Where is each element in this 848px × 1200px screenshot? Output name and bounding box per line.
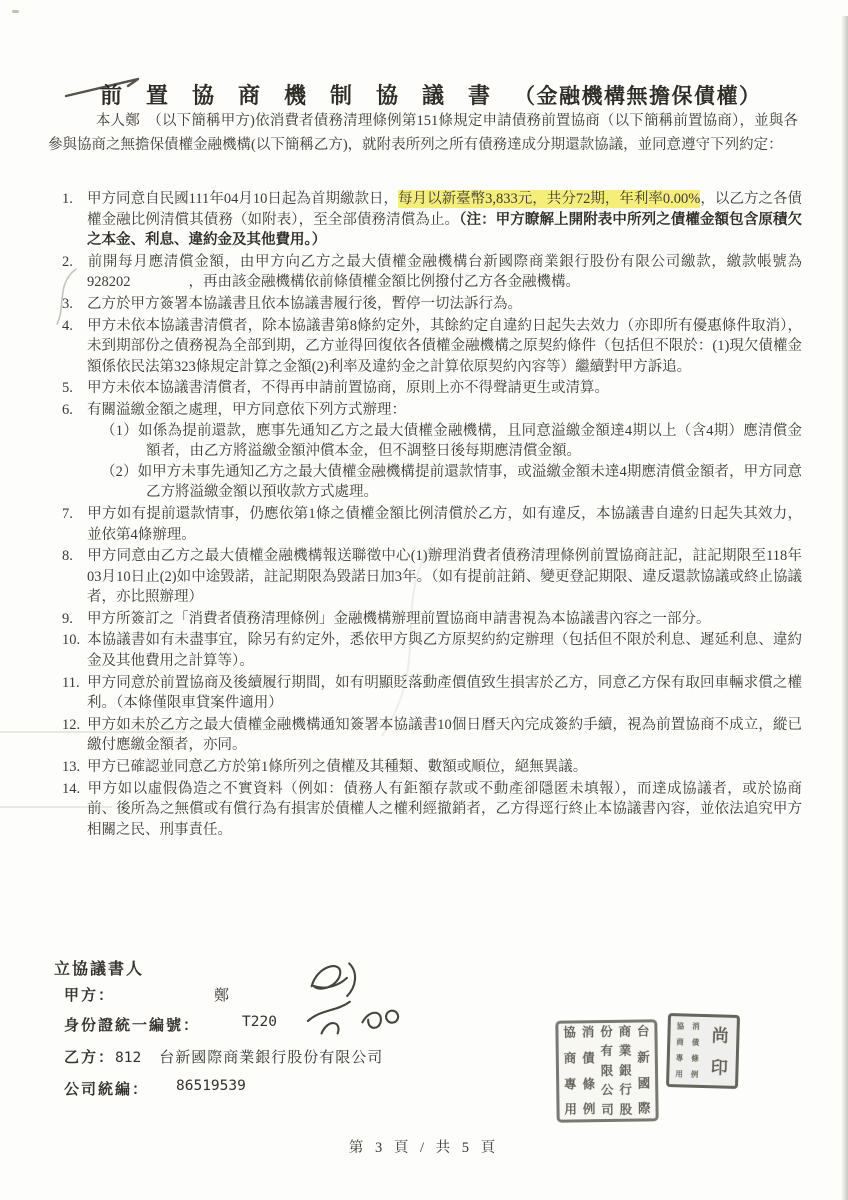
item-text: 甲方如以虛假偽造之不實資料（例如：債務人有鉅額存款或不動產卻隱匿未填報），而達成…: [87, 781, 802, 838]
scan-speck: [12, 10, 19, 13]
seal-column: 份有限公司: [597, 1026, 617, 1116]
text-segment: 有關溢繳金額之處理，甲方同意依下列方式辦理：: [87, 402, 406, 418]
text-segment: 甲方如未於乙方之最大債權金融機構通知簽署本協議書10個日曆天內完成簽約手續，視為…: [87, 717, 802, 754]
seal-column: 協商專用: [560, 1026, 580, 1116]
item-number: 3.: [62, 294, 87, 315]
agreement-subitem: （1）如係為提前還款，應事先通知乙方之最大債權金融機構，且同意溢繳金額達4期以上…: [101, 421, 802, 462]
personal-seal-tiny-columns: 消債條例協商專用: [671, 1018, 704, 1083]
agreement-item-3: 3.乙方於甲方簽署本協議書且依本協議書履行後，暫停一切法訴行為。: [62, 294, 802, 315]
subitem-number: （1）: [101, 423, 138, 439]
seal-column: 商業銀行股: [616, 1026, 636, 1116]
id-number-value: T220: [242, 1014, 277, 1030]
text-segment: 甲方同意於前置協商及後續履行期間，如有明顯貶落動產價值致生損害於乙方，同意乙方保…: [87, 675, 802, 712]
handwritten-signature: [284, 952, 444, 1052]
item-number: 2.: [62, 252, 87, 273]
seal-tiny-column: 協商專用: [671, 1018, 688, 1082]
page-edge-shadow: [841, 16, 848, 1200]
item-text: 甲方已確認並同意乙方於第1條所列之債權及其種類、數額或順位，絕無異議。: [87, 759, 587, 775]
item-text: 甲方未依本協議書清償者，除本協議書第8條約定外，其餘約定自違約日起失去效力（亦即…: [87, 318, 802, 375]
agreement-item-7: 7.甲方如有提前還款情事，仍應依第1條之債權金額比例清償於乙方，如有違反，本協議…: [62, 504, 802, 545]
highlighted-terms: 每月以新臺幣3,833元，共分72期，年利率0.00%: [398, 190, 700, 208]
text-segment: 甲方如有提前還款情事，仍應依第1條之債權金額比例清償於乙方，如有違反，本協議書自…: [87, 506, 802, 543]
item-number: 11.: [62, 673, 87, 694]
personal-seal-big-chars: 尚印: [705, 1019, 735, 1084]
party-b-name: 台新國際商業銀行股份有限公司: [159, 1050, 383, 1066]
agreement-item-12: 12.甲方如未於乙方之最大債權金融機構通知簽署本協議書10個日曆天內完成簽約手續…: [62, 715, 802, 756]
text-segment: 前開每月應清償金額，由甲方向乙方之最大債權金融機構台新國際商業銀行股份有限公司繳…: [87, 254, 802, 291]
item-text: 甲方如未於乙方之最大債權金融機構通知簽署本協議書10個日曆天內完成簽約手續，視為…: [87, 717, 802, 754]
id-number-label: 身份證統一編號：: [64, 1018, 200, 1034]
title-main: 前置協商機制協議書: [100, 83, 514, 108]
signatories-heading: 立協議書人: [54, 956, 144, 979]
seal-tiny-column: 消債條例: [687, 1019, 704, 1083]
agreement-item-14: 14.甲方如以虛假偽造之不實資料（例如：債務人有鉅額存款或不動產卻隱匿未填報），…: [62, 779, 802, 841]
item-number: 14.: [62, 779, 87, 800]
agreement-subitem: （2）如甲方未事先通知乙方之最大債權金融機構提前還款情事，或溢繳金額未達4期應清…: [101, 462, 802, 503]
item-text: 甲方同意於前置協商及後續履行期間，如有明顯貶落動產價值致生損害於乙方，同意乙方保…: [87, 675, 802, 712]
item-number: 10.: [62, 630, 87, 651]
signature-section: 立協議書人 甲方： 鄭 身份證統一編號： T220 乙方：812台新國際商業銀行…: [52, 956, 522, 1116]
item-number: 9.: [62, 609, 87, 630]
party-a-row: 甲方： 鄭: [64, 984, 115, 1005]
item-text: 甲方未依本協議書清償者，不得再申請前置協商，原則上亦不得聲請更生或清算。: [87, 380, 609, 396]
party-a-name: 鄭: [214, 984, 231, 1005]
party-b-label: 乙方：: [64, 1050, 115, 1066]
text-segment: 甲方未依本協議書清償者，不得再申請前置協商，原則上亦不得聲請更生或清算。: [87, 380, 609, 396]
company-id-value: 86519539: [176, 1078, 246, 1094]
text-segment: 甲方同意由乙方之最大債權金融機構報送聯徵中心(1)辦理消費者債務清理條例前置協商…: [87, 548, 802, 605]
item-number: 1.: [62, 189, 87, 210]
agreement-item-8: 8.甲方同意由乙方之最大債權金融機構報送聯徵中心(1)辦理消費者債務清理條例前置…: [62, 546, 802, 608]
party-b-code: 812: [115, 1050, 141, 1066]
item-text: 前開每月應清償金額，由甲方向乙方之最大債權金融機構台新國際商業銀行股份有限公司繳…: [87, 254, 802, 291]
subitem-text: 如甲方未事先通知乙方之最大債權金融機構提前還款情事，或溢繳金額未達4期應清償金額…: [138, 464, 802, 501]
agreement-item-5: 5.甲方未依本協議書清償者，不得再申請前置協商，原則上亦不得聲請更生或清算。: [62, 378, 802, 399]
party-a-label: 甲方：: [64, 988, 115, 1004]
text-segment: 甲方已確認並同意乙方於第1條所列之債權及其種類、數額或順位，絕無異議。: [87, 759, 587, 775]
item-number: 4.: [62, 316, 87, 337]
personal-seal: 尚印 消債條例協商專用: [666, 1013, 740, 1089]
agreement-items: 1.甲方同意自民國111年04月10日起為首期繳款日，每月以新臺幣3,833元，…: [62, 189, 802, 841]
agreement-item-6: 6.有關溢繳金額之處理，甲方同意依下列方式辦理：（1）如係為提前還款，應事先通知…: [62, 400, 802, 503]
text-segment: 甲方未依本協議書清償者，除本協議書第8條約定外，其餘約定自違約日起失去效力（亦即…: [87, 318, 802, 375]
item-text: 甲方如有提前還款情事，仍應依第1條之債權金額比例清償於乙方，如有違反，本協議書自…: [87, 506, 802, 543]
agreement-item-2: 2.前開每月應清償金額，由甲方向乙方之最大債權金融機構台新國際商業銀行股份有限公…: [62, 252, 802, 293]
document-page: 前置協商機制協議書（金融機構無擔保債權） 本人鄭 （以下簡稱甲方)依消費者債務清…: [0, 0, 848, 1200]
text-segment: 本協議書如有未盡事宜，除另有約定外，悉依甲方與乙方原契約約定辦理（包括但不限於利…: [87, 632, 802, 669]
item-text: 甲方同意由乙方之最大債權金融機構報送聯徵中心(1)辦理消費者債務清理條例前置協商…: [87, 548, 802, 605]
agreement-item-10: 10.本協議書如有未盡事宜，除另有約定外，悉依甲方與乙方原契約約定辦理（包括但不…: [62, 630, 802, 671]
agreement-item-11: 11.甲方同意於前置協商及後續履行期間，如有明顯貶落動產價值致生損害於乙方，同意…: [62, 673, 802, 714]
item-text: 乙方於甲方簽署本協議書且依本協議書履行後，暫停一切法訴行為。: [87, 296, 522, 312]
item-number: 6.: [62, 400, 87, 421]
intro-paragraph: 本人鄭 （以下簡稱甲方)依消費者債務清理條例第151條規定申請債務前置協商（以下…: [48, 110, 798, 157]
page-number: 第 3 頁 / 共 5 頁: [0, 1136, 848, 1157]
item-text: 本協議書如有未盡事宜，除另有約定外，悉依甲方與乙方原契約約定辦理（包括但不限於利…: [87, 632, 802, 669]
text-segment: 乙方於甲方簽署本協議書且依本協議書履行後，暫停一切法訴行為。: [87, 296, 522, 312]
agreement-item-4: 4.甲方未依本協議書清償者，除本協議書第8條約定外，其餘約定自違約日起失去效力（…: [62, 316, 802, 378]
item-number: 13.: [62, 757, 87, 778]
company-id-label: 公司統編：: [64, 1082, 149, 1098]
item-text: 甲方同意自民國111年04月10日起為首期繳款日，每月以新臺幣3,833元，共分…: [87, 190, 802, 248]
item-number: 8.: [62, 546, 87, 567]
id-number-row: 身份證統一編號： T220: [64, 1014, 200, 1035]
agreement-item-13: 13.甲方已確認並同意乙方於第1條所列之債權及其種類、數額或順位，絕無異議。: [62, 757, 802, 778]
item-text: 甲方所簽訂之「消費者債務清理條例」金融機構辦理前置協商申請書視為本協議書內容之一…: [87, 611, 711, 627]
text-segment: 甲方所簽訂之「消費者債務清理條例」金融機構辦理前置協商申請書視為本協議書內容之一…: [87, 611, 711, 627]
subitem-number: （2）: [101, 464, 138, 480]
title-suffix: （金融機構無擔保債權）: [514, 84, 762, 108]
document-title: 前置協商機制協議書（金融機構無擔保債權）: [100, 79, 762, 110]
item-number: 7.: [62, 504, 87, 525]
seal-column: 消債條例: [579, 1026, 599, 1116]
item-number: 5.: [62, 378, 87, 399]
item-text: 有關溢繳金額之處理，甲方同意依下列方式辦理：: [87, 402, 406, 418]
item-number: 12.: [62, 715, 87, 736]
text-segment: 甲方如以虛假偽造之不實資料（例如：債務人有鉅額存款或不動產卻隱匿未填報），而達成…: [87, 781, 802, 838]
subitem-text: 如係為提前還款，應事先通知乙方之最大債權金融機構，且同意溢繳金額達4期以上（含4…: [138, 423, 802, 460]
bank-seal: 台新國際商業銀行股份有限公司消債條例協商專用: [555, 1019, 658, 1122]
company-id-row: 公司統編： 86519539: [64, 1078, 149, 1099]
text-segment: 甲方同意自民國111年04月10日起為首期繳款日，: [87, 191, 398, 207]
agreement-item-1: 1.甲方同意自民國111年04月10日起為首期繳款日，每月以新臺幣3,833元，…: [62, 189, 802, 251]
agreement-item-9: 9.甲方所簽訂之「消費者債務清理條例」金融機構辦理前置協商申請書視為本協議書內容…: [62, 609, 802, 630]
seal-column: 台新國際: [634, 1025, 654, 1115]
